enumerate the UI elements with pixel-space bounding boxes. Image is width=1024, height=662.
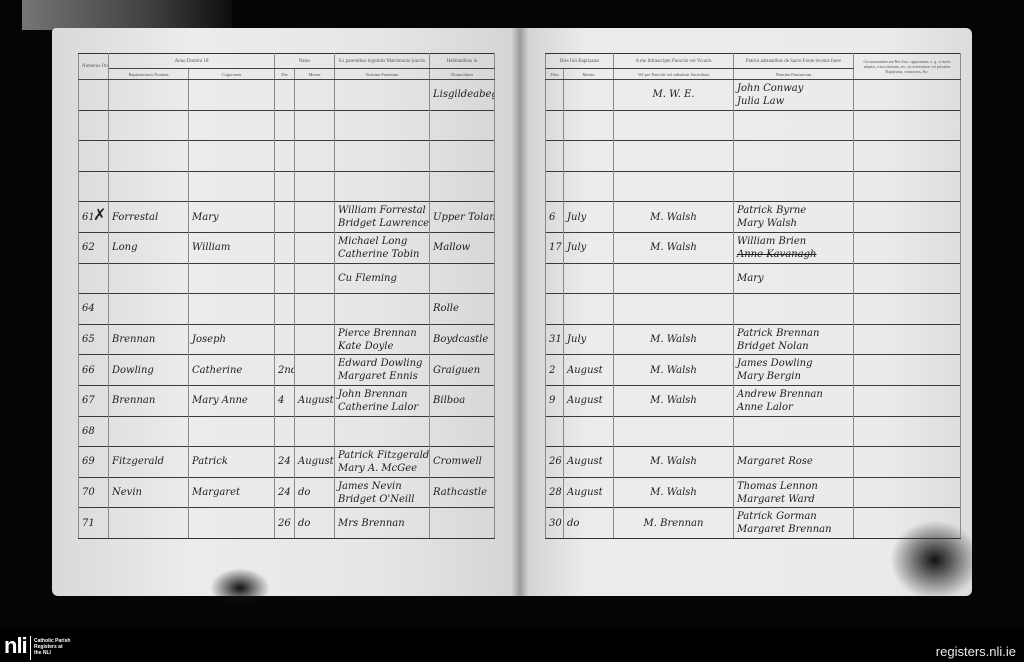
priest: [614, 416, 734, 447]
birth-month: August: [295, 447, 335, 478]
previous-page-edge: [22, 0, 232, 30]
abode: Upper Tolan: [430, 202, 495, 233]
surname: [109, 171, 189, 202]
notes: [854, 294, 961, 325]
given-name: Mary Anne: [189, 385, 275, 416]
baptism-day: [546, 141, 564, 172]
abode: Rolle: [430, 294, 495, 325]
abode: Bilboa: [430, 385, 495, 416]
baptism-day: 17: [546, 232, 564, 263]
godmother: Mary Bergin: [737, 370, 850, 383]
register-row: 30doM. BrennanPatrick GormanMargaret Bre…: [546, 508, 961, 539]
notes: [854, 141, 961, 172]
register-row: Mary: [546, 263, 961, 294]
left-register-table: Numerus Ordinarius Anno Domini 18 Natus …: [78, 53, 495, 539]
notes: [854, 110, 961, 141]
priest: M. Walsh: [614, 355, 734, 386]
abode: [430, 110, 495, 141]
nli-logo[interactable]: nli: [4, 634, 27, 658]
subheader-domicilium: Domicilium: [430, 69, 495, 80]
priest: [614, 171, 734, 202]
given-name: Catherine: [189, 355, 275, 386]
birth-month: do: [295, 508, 335, 539]
entry-number: 69: [79, 447, 109, 478]
baptism-day: 2: [546, 355, 564, 386]
priest: [614, 263, 734, 294]
entry-number: [79, 141, 109, 172]
godfather: Andrew Brennan: [737, 388, 850, 401]
abode: Boydcastle: [430, 324, 495, 355]
birth-day: [275, 202, 295, 233]
father: James Nevin: [338, 480, 426, 493]
register-row: [79, 110, 495, 141]
godmother: Mary Walsh: [737, 217, 850, 230]
birth-month: [295, 355, 335, 386]
mother: Mary A. McGee: [338, 462, 426, 475]
godmother: Margaret Rose: [737, 455, 850, 468]
notes: [854, 171, 961, 202]
given-name: [189, 416, 275, 447]
parents: [335, 416, 430, 447]
entry-number: 66: [79, 355, 109, 386]
subheader-mense: Mense: [295, 69, 335, 80]
register-row: 28AugustM. WalshThomas LennonMargaret Wa…: [546, 477, 961, 508]
logo-caption-line: the NLI: [34, 650, 70, 656]
baptism-month: August: [564, 385, 614, 416]
father: John Brennan: [338, 388, 426, 401]
baptism-month: [564, 80, 614, 111]
parents: John BrennanCatherine Lalor: [335, 385, 430, 416]
sponsors: Mary: [734, 263, 854, 294]
birth-day: [275, 416, 295, 447]
birth-month: August: [295, 385, 335, 416]
godfather: Patrick Brennan: [737, 327, 850, 340]
surname: [109, 141, 189, 172]
entry-number: [79, 263, 109, 294]
surname: [109, 508, 189, 539]
notes: [854, 232, 961, 263]
abode: Graiguen: [430, 355, 495, 386]
birth-day: [275, 294, 295, 325]
surname: [109, 416, 189, 447]
given-name: [189, 263, 275, 294]
godfather: Patrick Gorman: [737, 510, 850, 523]
entry-number: 68: [79, 416, 109, 447]
register-row: 69FitzgeraldPatrick24AugustPatrick Fitzg…: [79, 447, 495, 478]
baptism-month: [564, 263, 614, 294]
sponsors: [734, 294, 854, 325]
register-row: 61ForrestalMaryWilliam ForrestalBridget …: [79, 202, 495, 233]
surname: [109, 263, 189, 294]
priest: M. Brennan: [614, 508, 734, 539]
register-row: [79, 171, 495, 202]
sponsors: [734, 141, 854, 172]
birth-month: [295, 416, 335, 447]
baptism-month: do: [564, 508, 614, 539]
entry-number: [79, 110, 109, 141]
father: Edward Dowling: [338, 357, 426, 370]
mother: Catherine Tobin: [338, 248, 426, 261]
baptism-day: [546, 80, 564, 111]
birth-month: [295, 80, 335, 111]
godmother: Margaret Ward: [737, 493, 850, 506]
notes: [854, 80, 961, 111]
parents: [335, 141, 430, 172]
baptism-month: [564, 141, 614, 172]
register-row: [546, 141, 961, 172]
priest: M. Walsh: [614, 447, 734, 478]
parents: Edward DowlingMargaret Ennis: [335, 355, 430, 386]
abode: [430, 171, 495, 202]
header-baptism-date: Dies fuit Baptizatus: [546, 54, 614, 69]
surname: [109, 110, 189, 141]
given-name: Patrick: [189, 447, 275, 478]
godfather: Patrick Byrne: [737, 204, 850, 217]
right-register-table: Dies fuit Baptizatus A me Infrascripto P…: [545, 53, 961, 539]
parents: [335, 171, 430, 202]
entry-number: 70: [79, 477, 109, 508]
logo-caption: Catholic Parish Registers at the NLI: [34, 638, 70, 656]
baptism-month: August: [564, 355, 614, 386]
margin-cross-mark: ✗: [93, 205, 106, 224]
surname: Forrestal: [109, 202, 189, 233]
register-row: 67BrennanMary Anne4AugustJohn BrennanCat…: [79, 385, 495, 416]
father: William Forrestal: [338, 204, 426, 217]
given-name: [189, 171, 275, 202]
surname: Nevin: [109, 477, 189, 508]
birth-day: [275, 80, 295, 111]
birth-month: [295, 202, 335, 233]
register-row: 17JulyM. WalshWilliam BrienAnne Kavanagh: [546, 232, 961, 263]
header-abode: Habitantibus in: [430, 54, 495, 69]
header-notes: Circumstantiae aut Res Sacr. opportunae,…: [854, 54, 961, 80]
priest: [614, 294, 734, 325]
sponsors: William BrienAnne Kavanagh: [734, 232, 854, 263]
baptism-day: 30: [546, 508, 564, 539]
baptism-day: 6: [546, 202, 564, 233]
register-row: 2AugustM. WalshJames DowlingMary Bergin: [546, 355, 961, 386]
birth-month: [295, 232, 335, 263]
parents: [335, 110, 430, 141]
entry-number: 62: [79, 232, 109, 263]
sponsors: Thomas LennonMargaret Ward: [734, 477, 854, 508]
parents: Mrs Brennan: [335, 508, 430, 539]
mother: Cu Fleming: [338, 272, 426, 285]
godmother: Margaret Brennan: [737, 523, 850, 536]
notes: [854, 416, 961, 447]
baptism-month: August: [564, 447, 614, 478]
godmother: Julia Law: [737, 95, 850, 108]
register-row: 62LongWilliamMichael LongCatherine Tobin…: [79, 232, 495, 263]
entry-number: 65: [79, 324, 109, 355]
birth-day: [275, 232, 295, 263]
given-name: [189, 80, 275, 111]
priest: M. Walsh: [614, 232, 734, 263]
subheader-parent-names: Nomina Parentum: [335, 69, 430, 80]
baptism-day: [546, 294, 564, 325]
birth-day: 26: [275, 508, 295, 539]
register-row: [546, 171, 961, 202]
baptism-month: [564, 110, 614, 141]
given-name: William: [189, 232, 275, 263]
godfather: James Dowling: [737, 357, 850, 370]
father: Pierce Brennan: [338, 327, 426, 340]
father: Michael Long: [338, 235, 426, 248]
baptism-day: 31: [546, 324, 564, 355]
register-row: 64Rolle: [79, 294, 495, 325]
entry-number: [79, 171, 109, 202]
baptism-month: July: [564, 324, 614, 355]
baptism-day: [546, 110, 564, 141]
subheader-dies: Dies: [546, 69, 564, 80]
notes: [854, 477, 961, 508]
sponsors: James DowlingMary Bergin: [734, 355, 854, 386]
abode: [430, 416, 495, 447]
sponsors: Patrick BrennanBridget Nolan: [734, 324, 854, 355]
birth-day: 2nd: [275, 355, 295, 386]
notes: [854, 385, 961, 416]
birth-month: [295, 171, 335, 202]
register-row: [546, 416, 961, 447]
sponsors: Patrick ByrneMary Walsh: [734, 202, 854, 233]
baptism-month: [564, 171, 614, 202]
priest: M. W. E.: [614, 80, 734, 111]
entry-number: 67: [79, 385, 109, 416]
abode: Cromwell: [430, 447, 495, 478]
mother: Bridget O'Neill: [338, 493, 426, 506]
birth-day: [275, 263, 295, 294]
surname: Brennan: [109, 324, 189, 355]
birth-month: do: [295, 477, 335, 508]
priest: [614, 110, 734, 141]
baptism-month: [564, 294, 614, 325]
register-row: 6JulyM. WalshPatrick ByrneMary Walsh: [546, 202, 961, 233]
subheader-names: Baptizatorum Nomina: [109, 69, 189, 80]
birth-day: [275, 110, 295, 141]
subheader-die: Die: [275, 69, 295, 80]
abode: [430, 141, 495, 172]
priest: M. Walsh: [614, 385, 734, 416]
surname: Dowling: [109, 355, 189, 386]
header-priest: A me Infrascripto Parocho vel Vicario: [614, 54, 734, 69]
birth-day: [275, 141, 295, 172]
header-anno-domini: Anno Domini 18: [109, 54, 275, 69]
birth-day: [275, 324, 295, 355]
entry-number: 71: [79, 508, 109, 539]
header-sponsors: Patrini adstantibus de Sacro Fonte levat…: [734, 54, 854, 69]
register-scan: Numerus Ordinarius Anno Domini 18 Natus …: [0, 0, 1024, 628]
subheader-sponsor-names: Nomina Patrinorum: [734, 69, 854, 80]
baptism-day: [546, 171, 564, 202]
register-row: 65BrennanJosephPierce BrennanKate DoyleB…: [79, 324, 495, 355]
surname: Fitzgerald: [109, 447, 189, 478]
parents: Cu Fleming: [335, 263, 430, 294]
sponsors: Patrick GormanMargaret Brennan: [734, 508, 854, 539]
surname: [109, 294, 189, 325]
godfather: William Brien: [737, 235, 850, 248]
header-number: Numerus Ordinarius: [79, 54, 109, 80]
given-name: Mary: [189, 202, 275, 233]
godfather: John Conway: [737, 82, 850, 95]
birth-day: 4: [275, 385, 295, 416]
birth-day: 24: [275, 477, 295, 508]
given-name: Margaret: [189, 477, 275, 508]
parents: [335, 80, 430, 111]
birth-month: [295, 110, 335, 141]
register-row: 31JulyM. WalshPatrick BrennanBridget Nol…: [546, 324, 961, 355]
notes: [854, 324, 961, 355]
register-row: 9AugustM. WalshAndrew BrennanAnne Lalor: [546, 385, 961, 416]
subheader-priest: Vel per Parochi vel substituti Sacerdoti…: [614, 69, 734, 80]
priest: M. Walsh: [614, 202, 734, 233]
sponsors: [734, 171, 854, 202]
header-natus: Natus: [275, 54, 335, 69]
godmother: Bridget Nolan: [737, 340, 850, 353]
parents: William ForrestalBridget Lawrence: [335, 202, 430, 233]
birth-month: [295, 263, 335, 294]
register-row: 66DowlingCatherine2ndEdward DowlingMarga…: [79, 355, 495, 386]
abode: [430, 508, 495, 539]
notes: [854, 263, 961, 294]
parents: Pierce BrennanKate Doyle: [335, 324, 430, 355]
birth-month: [295, 141, 335, 172]
sponsors: Andrew BrennanAnne Lalor: [734, 385, 854, 416]
birth-month: [295, 324, 335, 355]
mother: Catherine Lalor: [338, 401, 426, 414]
baptism-day: [546, 416, 564, 447]
mother: Mrs Brennan: [338, 517, 426, 530]
register-row: Cu Fleming: [79, 263, 495, 294]
register-row: [546, 294, 961, 325]
parents: James NevinBridget O'Neill: [335, 477, 430, 508]
viewer-footer: [0, 628, 1024, 662]
priest: M. Walsh: [614, 477, 734, 508]
notes: [854, 202, 961, 233]
abode: Rathcastle: [430, 477, 495, 508]
subheader-cognomen: Cognomen: [189, 69, 275, 80]
surname: [109, 80, 189, 111]
sponsors: John ConwayJulia Law: [734, 80, 854, 111]
parents: Michael LongCatherine Tobin: [335, 232, 430, 263]
godfather: Thomas Lennon: [737, 480, 850, 493]
mother: Kate Doyle: [338, 340, 426, 353]
notes: [854, 447, 961, 478]
given-name: Joseph: [189, 324, 275, 355]
godmother: Anne Kavanagh: [737, 248, 850, 261]
baptism-month: July: [564, 232, 614, 263]
register-row: [79, 141, 495, 172]
mother: Bridget Lawrence: [338, 217, 426, 230]
register-row: [546, 110, 961, 141]
godmother: Mary: [737, 272, 850, 285]
register-row: 68: [79, 416, 495, 447]
subheader-mense: Mense: [564, 69, 614, 80]
parents: Patrick FitzgeraldMary A. McGee: [335, 447, 430, 478]
register-row: 7126doMrs Brennan: [79, 508, 495, 539]
priest: M. Walsh: [614, 324, 734, 355]
entry-number: 64: [79, 294, 109, 325]
register-row: M. W. E.John ConwayJulia Law: [546, 80, 961, 111]
baptism-day: 28: [546, 477, 564, 508]
birth-day: 24: [275, 447, 295, 478]
sponsors: Margaret Rose: [734, 447, 854, 478]
surname: Long: [109, 232, 189, 263]
site-link[interactable]: registers.nli.ie: [936, 644, 1016, 659]
header-parents: Ex parentibus legitimis Matrimonio junct…: [335, 54, 430, 69]
mother: Margaret Ennis: [338, 370, 426, 383]
given-name: [189, 508, 275, 539]
baptism-month: July: [564, 202, 614, 233]
birth-day: [275, 171, 295, 202]
notes: [854, 508, 961, 539]
birth-month: [295, 294, 335, 325]
register-row: 70NevinMargaret24doJames NevinBridget O'…: [79, 477, 495, 508]
parents: [335, 294, 430, 325]
book-gutter: [512, 28, 528, 596]
notes: [854, 355, 961, 386]
father: Patrick Fitzgerald: [338, 449, 426, 462]
godmother: Anne Lalor: [737, 401, 850, 414]
sponsors: [734, 110, 854, 141]
priest: [614, 141, 734, 172]
baptism-day: 9: [546, 385, 564, 416]
entry-number: [79, 80, 109, 111]
register-row: Lisgildeabeg: [79, 80, 495, 111]
given-name: [189, 141, 275, 172]
baptism-day: 26: [546, 447, 564, 478]
given-name: [189, 110, 275, 141]
baptism-month: [564, 416, 614, 447]
abode: Mallow: [430, 232, 495, 263]
baptism-day: [546, 263, 564, 294]
surname: Brennan: [109, 385, 189, 416]
register-row: 26AugustM. WalshMargaret Rose: [546, 447, 961, 478]
sponsors: [734, 416, 854, 447]
abode: Lisgildeabeg: [430, 80, 495, 111]
logo-divider: [30, 636, 31, 660]
baptism-month: August: [564, 477, 614, 508]
ink-stain: [210, 568, 270, 608]
abode: [430, 263, 495, 294]
given-name: [189, 294, 275, 325]
